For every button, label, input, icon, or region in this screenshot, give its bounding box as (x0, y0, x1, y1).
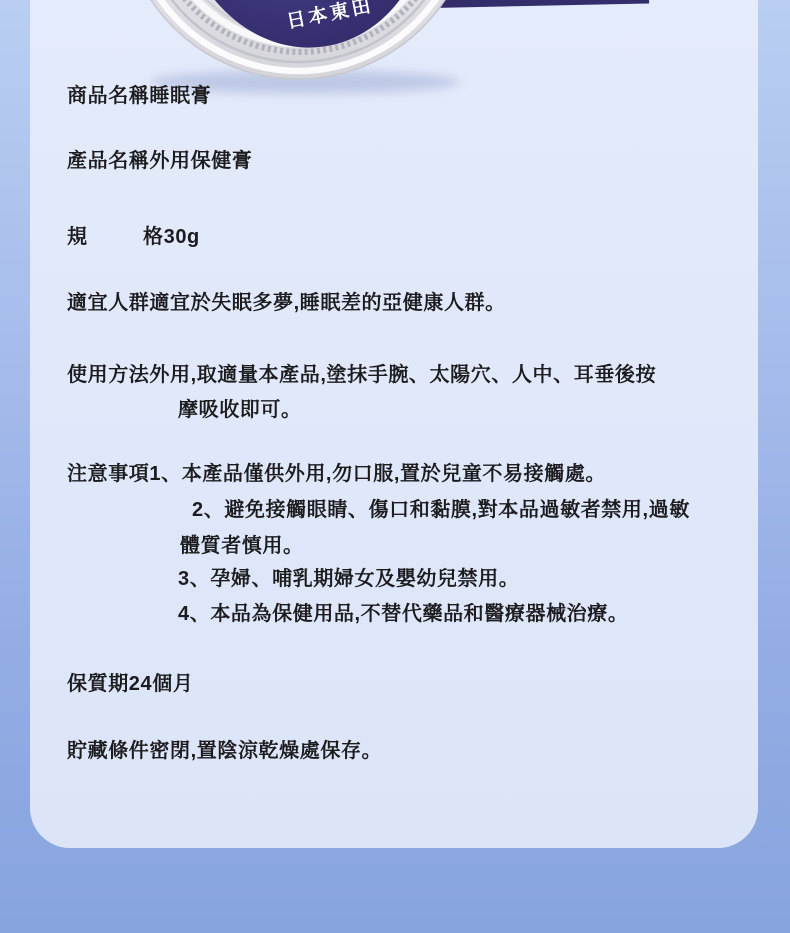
spec-row: 規 格30g (67, 226, 88, 248)
shelf-life-row: 保質期24個月 (67, 673, 193, 695)
cautions-row-1: 注意事項1、本產品僅供外用,勿口服,置於兒童不易接觸處。 (67, 463, 606, 485)
cautions-row-4: 4、本品為保健用品,不替代藥品和醫療器械治療。 (178, 603, 628, 625)
cautions-row-2: 2、避免接觸眼睛、傷口和黏膜,對本品過敏者禁用,過敏 (192, 499, 690, 521)
spec-value: 格30g (143, 226, 200, 248)
usage-row-2: 摩吸收即可。 (178, 399, 302, 421)
usage-row-1: 使用方法外用,取適量本產品,塗抹手腕、太陽穴、人中、耳垂後按 (67, 364, 656, 386)
product-detail-panel: 日本東田 商品名稱睡眠膏 產品名稱外用保健膏 規 格30g 適宜人群適宜於失眠多… (30, 0, 758, 848)
spec-label: 規 (67, 226, 88, 248)
storage-row: 貯藏條件密閉,置陰涼乾燥處保存。 (67, 740, 382, 762)
generic-name-row: 產品名稱外用保健膏 (67, 150, 252, 172)
product-name-row: 商品名稱睡眠膏 (67, 85, 211, 107)
cautions-row-2-cont: 體質者慎用。 (180, 535, 304, 557)
page-background: { "page": { "background_top_color": "#b9… (0, 0, 790, 933)
audience-row: 適宜人群適宜於失眠多夢,睡眠差的亞健康人群。 (67, 292, 506, 314)
cautions-row-3: 3、孕婦、哺乳期婦女及嬰幼兒禁用。 (178, 568, 519, 590)
